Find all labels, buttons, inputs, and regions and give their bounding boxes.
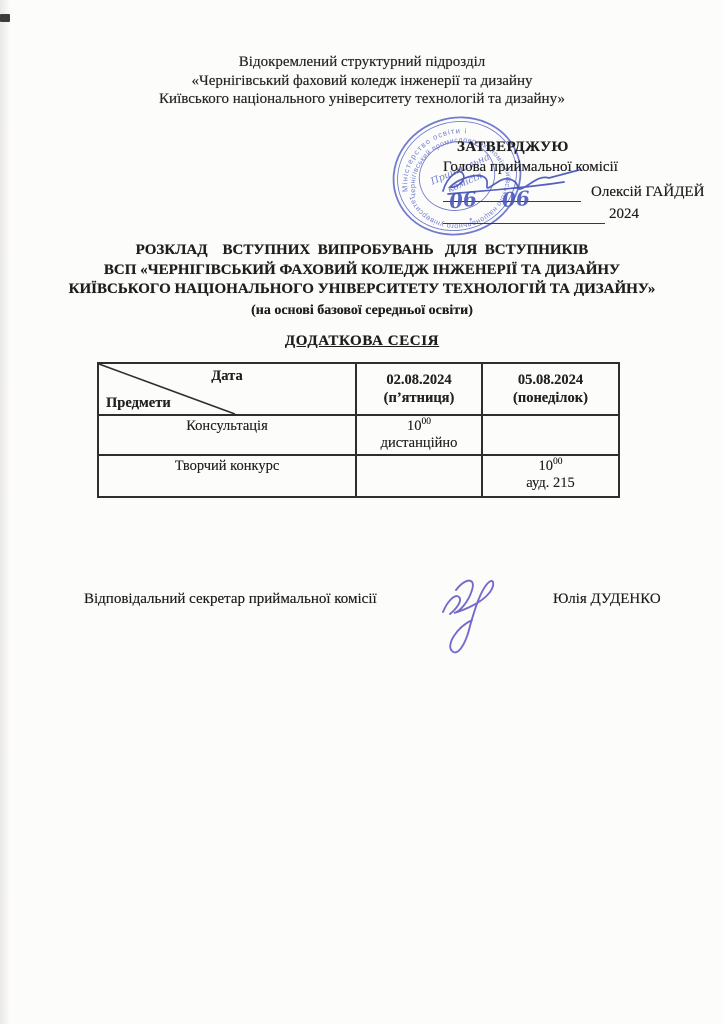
table-row-creative-contest: Творчий конкурс 1000 ауд. 215 [98, 455, 619, 497]
title-basis: (на основі базової середньої освіти) [0, 303, 724, 319]
chair-signature-icon [436, 162, 601, 202]
date-2: 05.08.2024 [483, 371, 618, 389]
title-line3: КИЇВСЬКОГО НАЦІОНАЛЬНОГО УНІВЕРСИТЕТУ ТЕ… [0, 280, 724, 300]
title-line2: ВСП «ЧЕРНІГІВСЬКИЙ ФАХОВИЙ КОЛЕДЖ ІНЖЕНЕ… [0, 261, 724, 281]
title-block: РОЗКЛАД ВСТУПНИХ ВИПРОБУВАНЬ ДЛЯ ВСТУПНИ… [0, 241, 724, 350]
date-column-header-2: 05.08.2024 (понеділок) [482, 363, 619, 415]
secretary-signature-icon [430, 560, 518, 668]
weekday-1: (п’ятниця) [357, 389, 481, 407]
org-header-line2: «Чернігівський фаховий коледж інженерії … [0, 72, 724, 91]
time-value: 1000 [357, 418, 481, 435]
approve-label: ЗАТВЕРДЖУЮ [457, 138, 704, 157]
schedule-table: Дата Предмети 02.08.2024 (п’ятниця) 05.0… [97, 362, 620, 498]
corner-subject-label: Предмети [106, 395, 171, 412]
table-header-row: Дата Предмети 02.08.2024 (п’ятниця) 05.0… [98, 363, 619, 415]
scan-artifact [0, 14, 10, 22]
note-value: ауд. 215 [483, 475, 618, 492]
session-heading: ДОДАТКОВА СЕСІЯ [0, 333, 724, 350]
title-line1: РОЗКЛАД ВСТУПНИХ ВИПРОБУВАНЬ ДЛЯ ВСТУПНИ… [0, 241, 724, 261]
corner-date-label: Дата [99, 368, 355, 385]
secretary-role-label: Відповідальний секретар приймальної комі… [84, 591, 377, 608]
time-value: 1000 [483, 458, 618, 475]
approval-year: 2024 [609, 205, 639, 224]
secretary-name: Юлія ДУДЕНКО [553, 591, 661, 608]
org-header: Відокремлений структурний підрозділ «Чер… [0, 53, 724, 109]
org-header-line3: Київського національного університету те… [0, 90, 724, 109]
note-value: дистанційно [357, 435, 481, 452]
schedule-cell-empty [356, 455, 482, 497]
date-column-header-1: 02.08.2024 (п’ятниця) [356, 363, 482, 415]
subject-cell: Консультація [98, 415, 356, 455]
subject-cell: Творчий конкурс [98, 455, 356, 497]
scanned-document-page: Відокремлений структурний підрозділ «Чер… [0, 0, 724, 1024]
approver-name: Олексій ГАЙДЕЙ [591, 183, 704, 202]
schedule-cell: 1000 ауд. 215 [482, 455, 619, 497]
schedule-cell-empty [482, 415, 619, 455]
weekday-2: (понеділок) [483, 389, 618, 407]
table-row-consultation: Консультація 1000 дистанційно [98, 415, 619, 455]
schedule-cell: 1000 дистанційно [356, 415, 482, 455]
corner-cell: Дата Предмети [98, 363, 356, 415]
date-1: 02.08.2024 [357, 371, 481, 389]
org-header-line1: Відокремлений структурний підрозділ [0, 53, 724, 72]
approval-date-row: 2024 [443, 205, 704, 224]
